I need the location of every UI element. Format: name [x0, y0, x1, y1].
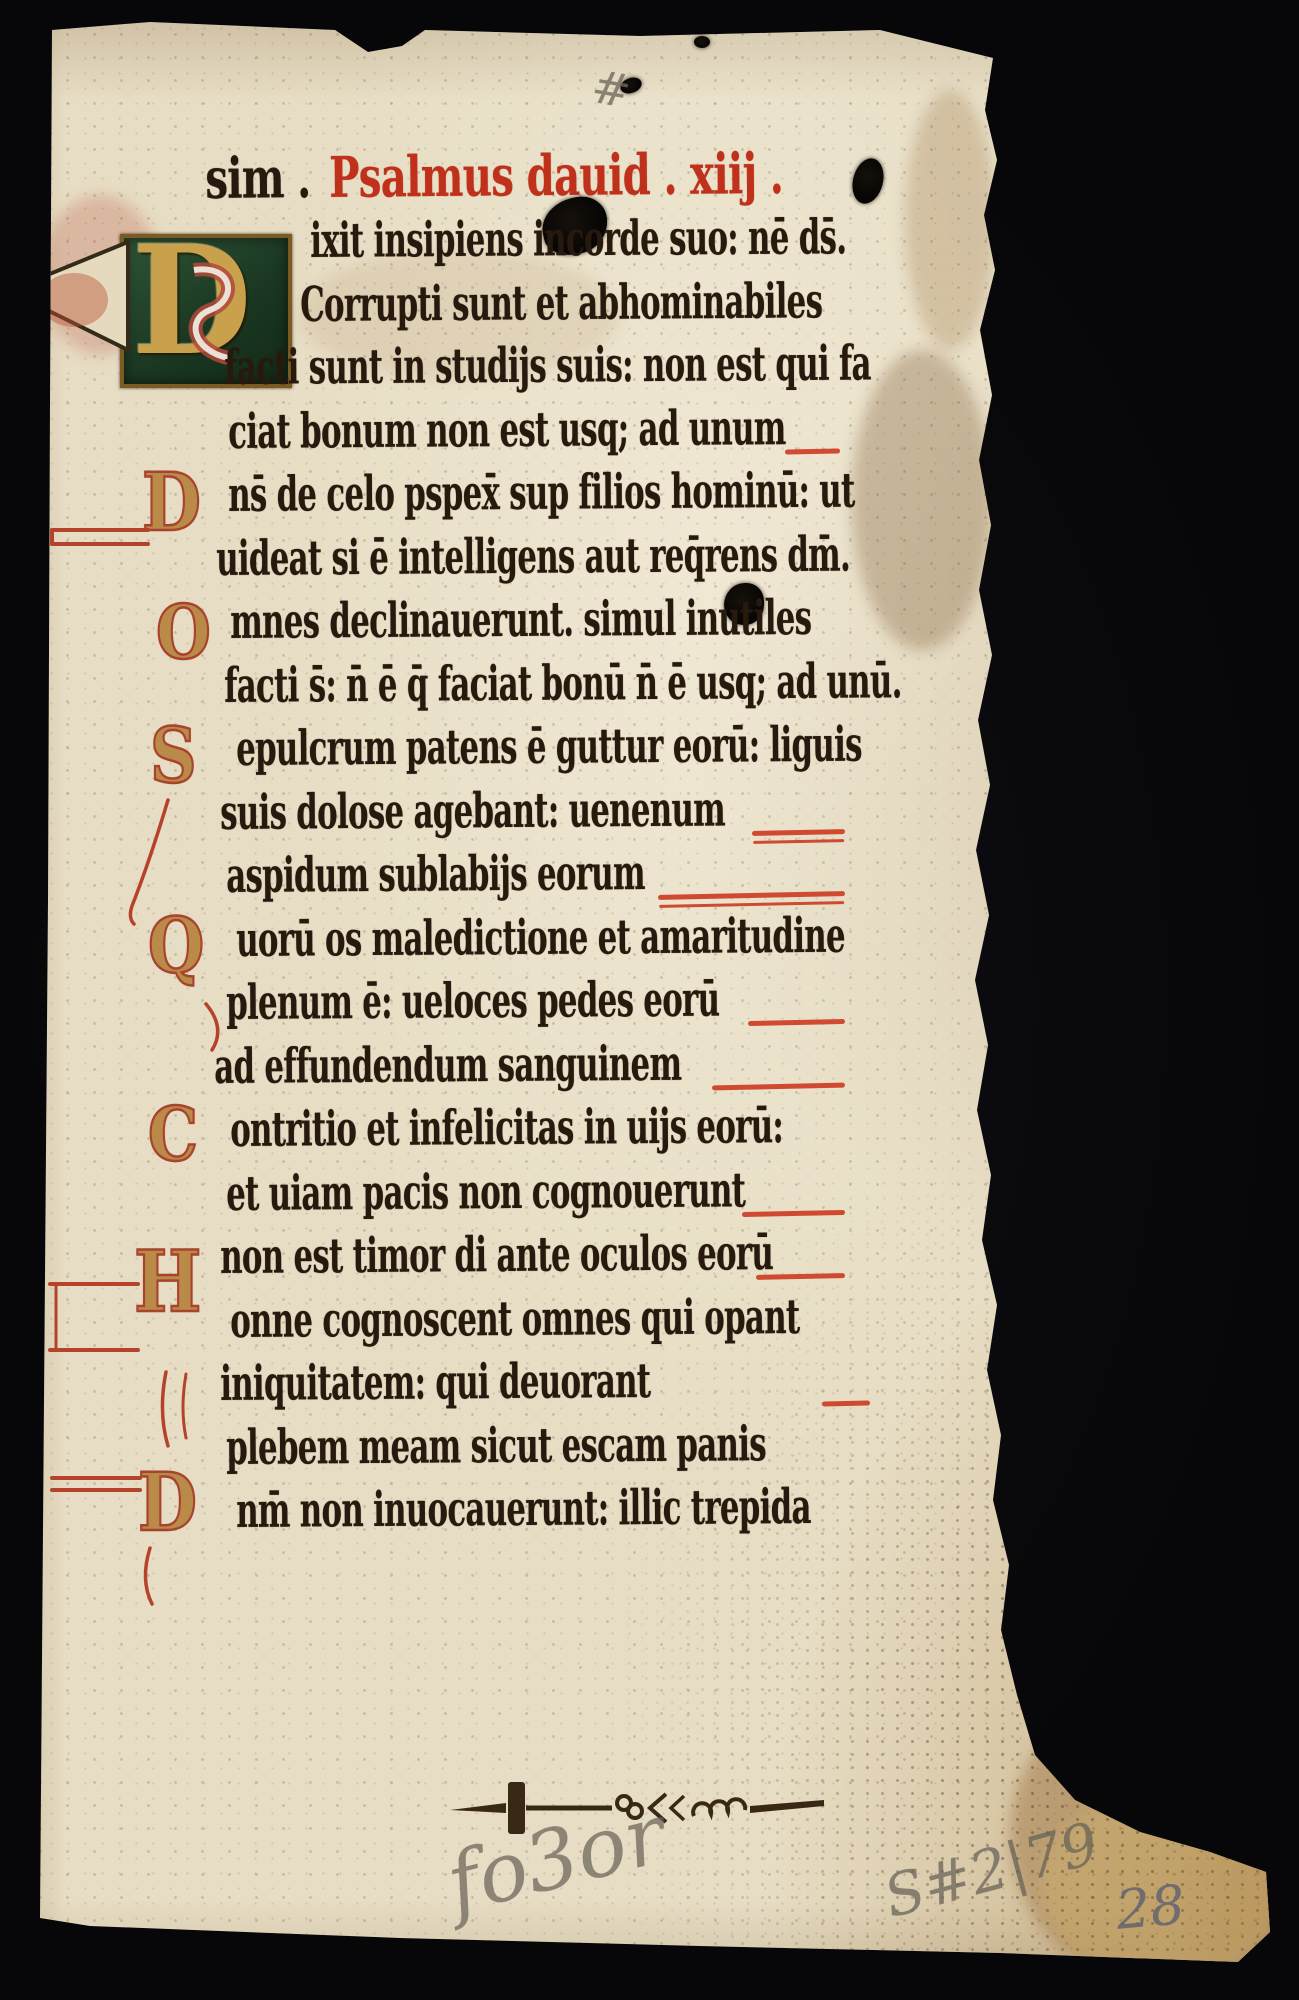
psalm-rubric: Psalmus dauid . xiij . — [329, 141, 783, 211]
text-line: aspidum sublabijs eorum — [226, 844, 645, 905]
red-line-filler — [658, 891, 845, 900]
ink-dot-top-b — [694, 36, 710, 48]
bottom-line-filler-flourish — [450, 1778, 830, 1842]
text-line: non est timor di ante oculos eorū — [220, 1224, 773, 1286]
text-line: facti s̄: n̄ ē q̄ faciat bonū n̄ ē usq; … — [224, 652, 902, 715]
ink-blot-right-of-rubric — [848, 155, 888, 207]
text-line: Corrupti sunt et abhominabiles — [300, 272, 822, 334]
stain-right-edge — [905, 90, 995, 350]
text-line: nm̄ non inuocauerunt: illic trepida — [236, 1478, 811, 1540]
text-line: ontritio et infelicitas in uijs eorū: — [230, 1097, 783, 1159]
text-line: facti sunt in studijs suis: non est qui … — [224, 334, 871, 397]
text-line: mnes declinauerunt. simul inutiles — [230, 589, 812, 651]
text-line: uideat si ē intelligens aut req̄rens dm̄… — [216, 526, 850, 588]
photo-backdrop: sim .Psalmus dauid . xiij . D D O S Q C … — [0, 0, 1299, 2000]
red-line-filler — [756, 1273, 845, 1280]
text-line: ciat bonum non est usq; ad unum — [228, 399, 786, 461]
text-line: plenum ē: ueloces pedes eorū — [226, 971, 719, 1032]
versal-initial-d-line21: D — [138, 1462, 197, 1542]
pencil-inscription-right: S#2|79 — [877, 1809, 1106, 1931]
text-line: epulcrum patens ē guttur eorū: liguis — [236, 716, 862, 778]
text-line: suis dolose agebant: uenenum — [220, 780, 725, 842]
manuscript-leaf: sim .Psalmus dauid . xiij . D D O S Q C … — [0, 0, 1299, 2000]
versal-initial-d-line5: D — [142, 462, 201, 542]
stain-bottom-corner-yellow — [1040, 1790, 1280, 1980]
pencil-inscription-left: fo3or — [438, 1787, 675, 1933]
text-line: onne cognoscent omnes qui opant — [230, 1288, 800, 1350]
previous-psalm-end-text: sim . — [205, 145, 311, 212]
versal-initial-h: H — [134, 1240, 201, 1324]
versal-initial-c: C — [148, 1098, 198, 1172]
pencil-folio-number: 28 — [1113, 1873, 1187, 1942]
text-line: ixit insipiens incorde suo: nē ds̄. — [310, 208, 846, 270]
red-line-filler — [822, 1400, 870, 1406]
stain-bottom-right-browning — [1010, 1690, 1290, 1980]
text-line: uorū os maledictione et amaritudine — [236, 907, 845, 969]
text-line: ns̄ de celo pspex̄ sup filios hominū: ut — [228, 462, 855, 524]
text-line: ad effundendum sanguinem — [214, 1035, 682, 1096]
red-line-filler — [752, 829, 845, 836]
text-line: iniquitatem: qui deuorant — [220, 1352, 651, 1413]
versal-initial-s: S — [150, 718, 197, 794]
title-line: sim .Psalmus dauid . xiij . — [205, 141, 783, 212]
initial-horn-extension — [32, 238, 132, 358]
red-line-filler — [748, 1019, 845, 1026]
red-line-filler — [712, 1083, 845, 1091]
text-line: et uiam pacis non cognouerunt — [226, 1161, 745, 1223]
text-line: plebem meam sicut escam panis — [226, 1415, 766, 1477]
red-line-filler — [785, 448, 840, 454]
red-line-filler — [742, 1210, 845, 1217]
versal-initial-o: O — [156, 596, 211, 670]
versal-initial-q: Q — [148, 908, 204, 984]
stain-right-smudge — [852, 350, 992, 650]
ink-dot-top-a — [618, 75, 644, 97]
